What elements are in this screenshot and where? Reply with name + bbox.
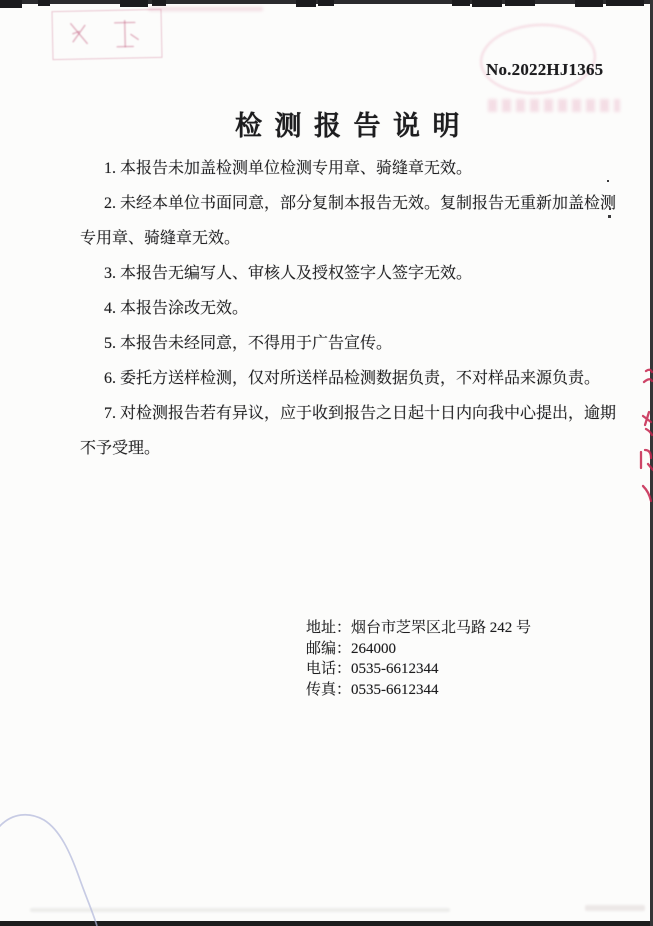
scan-text-fragment	[318, 0, 334, 6]
scan-text-fragment	[0, 0, 22, 8]
contact-block: 地址：烟台市芝罘区北马路 242 号 邮编：264000 电话：0535-661…	[306, 618, 531, 700]
note-item-6: 6. 委托方送样检测，仅对所送样品检测数据负责，不对样品来源负责。	[80, 361, 620, 396]
phone-value: 0535-6612344	[351, 661, 439, 677]
scan-ghosting	[585, 905, 645, 911]
note-item-4: 4. 本报告涂改无效。	[80, 291, 620, 326]
note-item-5: 5. 本报告未经同意，不得用于广告宣传。	[80, 326, 620, 361]
stamp-ink-marks	[53, 10, 162, 59]
crease-line	[0, 800, 110, 926]
scan-text-fragment	[575, 0, 603, 7]
contact-row-postcode: 邮编：264000	[306, 639, 531, 660]
fax-label: 传真：	[306, 682, 351, 698]
scan-text-fragment	[505, 0, 535, 6]
pink-stamp-text	[488, 99, 620, 112]
scan-speck	[608, 215, 611, 218]
address-label: 地址：	[306, 620, 351, 636]
report-number: No.2022HJ1365	[486, 60, 603, 80]
document-title: 检测报告说明	[235, 104, 472, 143]
pink-seal-stamp	[478, 20, 599, 98]
note-item-3: 3. 本报告无编写人、审核人及授权签字人签字无效。	[80, 256, 620, 291]
scan-text-fragment	[38, 0, 50, 6]
scan-text-fragment	[296, 0, 316, 7]
note-item-7: 7. 对检测报告若有异议，应于收到报告之日起十日内向我中心提出，逾期不予受理。	[80, 396, 620, 466]
postcode-label: 邮编：	[306, 641, 351, 657]
red-ink-annotation-marks	[633, 360, 653, 510]
pink-smudge	[148, 7, 263, 11]
scan-text-fragment	[152, 0, 166, 6]
note-item-2: 2. 未经本单位书面同意，部分复制本报告无效。复制报告无重新加盖检测专用章、骑缝…	[80, 186, 620, 256]
scan-text-fragment	[120, 0, 148, 7]
contact-row-phone: 电话：0535-6612344	[306, 659, 531, 680]
scan-text-fragment	[452, 0, 470, 6]
scan-speck	[607, 180, 609, 182]
scanned-report-page: No.2022HJ1365 检测报告说明 1. 本报告未加盖检测单位检测专用章、…	[0, 0, 653, 926]
scan-text-fragment	[472, 0, 502, 7]
address-value: 烟台市芝罘区北马路 242 号	[351, 620, 531, 636]
report-notes: 1. 本报告未加盖检测单位检测专用章、骑缝章无效。 2. 未经本单位书面同意，部…	[80, 151, 620, 466]
contact-row-address: 地址：烟台市芝罘区北马路 242 号	[306, 618, 531, 639]
contact-row-fax: 传真：0535-6612344	[306, 680, 531, 701]
scan-text-fragment	[606, 0, 644, 6]
postcode-value: 264000	[351, 641, 396, 657]
phone-label: 电话：	[306, 661, 351, 677]
note-item-1: 1. 本报告未加盖检测单位检测专用章、骑缝章无效。	[80, 151, 620, 186]
scan-speck	[609, 208, 611, 210]
red-rectangle-stamp	[51, 9, 162, 60]
fax-value: 0535-6612344	[351, 682, 439, 698]
